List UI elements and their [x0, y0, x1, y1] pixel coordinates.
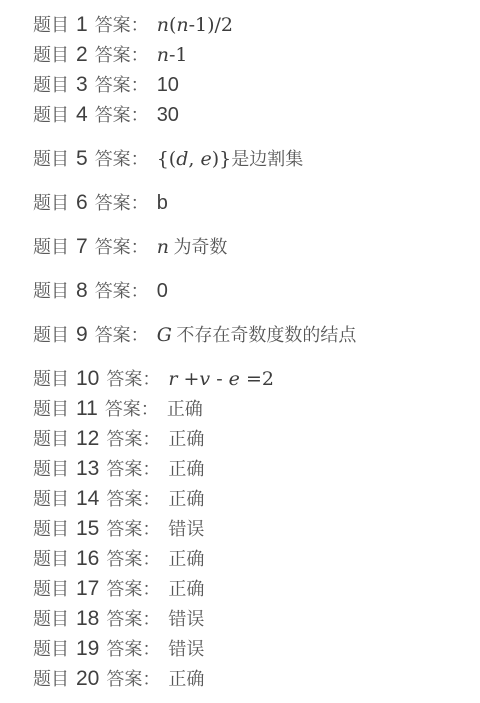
answer-value: 正确 [168, 549, 204, 569]
answer-segment-mvar: G [157, 324, 172, 346]
answer-row: 题目1答案：n(n-1)/2 [33, 10, 460, 40]
question-number: 13 [76, 457, 99, 480]
answer-row: 题目20答案：正确 [33, 664, 460, 694]
answer-segment-mop: + [177, 368, 199, 390]
answer-segment-cn: 为奇数 [169, 237, 228, 257]
answer-segment-mop: -1 [169, 44, 188, 66]
question-number: 11 [76, 397, 98, 420]
answer-value: 30 [157, 105, 179, 125]
answer-segment-mvar: n [157, 236, 169, 258]
answer-label: 答案： [105, 399, 159, 419]
answer-value: {(d, e)}是边割集 [157, 149, 304, 169]
answer-value: 错误 [168, 519, 204, 539]
question-label-prefix: 题目 [33, 149, 69, 169]
question-label-prefix: 题目 [33, 609, 69, 629]
question-number: 14 [76, 487, 99, 510]
answer-row: 题目14答案：正确 [33, 484, 460, 514]
answer-sheet: 题目1答案：n(n-1)/2 题目2答案：n-1 题目3答案：10 题目4答案：… [0, 0, 480, 694]
question-label-prefix: 题目 [33, 489, 69, 509]
answer-segment-mop: -1)/2 [189, 14, 233, 36]
answer-segment-mvar: n [157, 44, 169, 66]
answer-label: 答案： [106, 549, 160, 569]
answer-label: 答案： [106, 609, 160, 629]
question-number: 12 [76, 427, 99, 450]
answer-row: 题目17答案：正确 [33, 574, 460, 604]
answer-segment-cn: 不存在奇数度数的结点 [172, 325, 357, 345]
answer-label: 答案： [95, 149, 149, 169]
answer-value: 错误 [168, 639, 204, 659]
answer-value: n-1 [157, 45, 188, 65]
question-label-prefix: 题目 [33, 15, 69, 35]
answer-row: 题目6答案：b [33, 188, 460, 218]
answer-segment-mvar: n [176, 14, 188, 36]
answer-segment-mop: {( [157, 148, 177, 170]
question-label-prefix: 题目 [33, 193, 69, 213]
question-label-prefix: 题目 [33, 579, 69, 599]
answer-segment-cn: 正确 [168, 549, 204, 569]
answer-label: 答案： [106, 459, 160, 479]
answer-segment-cn: 错误 [168, 639, 204, 659]
question-number: 17 [76, 577, 99, 600]
question-number: 8 [76, 279, 88, 302]
answer-segment-mop: - [210, 368, 229, 390]
question-number: 9 [76, 323, 88, 346]
answer-row: 题目10答案：r +v - e =2 [33, 364, 460, 394]
answer-label: 答案： [95, 237, 149, 257]
answer-segment-mvar: d [176, 148, 188, 170]
question-number: 2 [76, 43, 88, 66]
question-label-prefix: 题目 [33, 669, 69, 689]
answer-label: 答案： [95, 15, 149, 35]
question-label-prefix: 题目 [33, 459, 69, 479]
answer-value: r +v - e =2 [168, 369, 274, 389]
answer-segment-anum: 30 [157, 104, 179, 126]
answer-label: 答案： [106, 489, 160, 509]
answer-label: 答案： [106, 369, 160, 389]
question-label-prefix: 题目 [33, 429, 69, 449]
answer-list: 题目1答案：n(n-1)/2 题目2答案：n-1 题目3答案：10 题目4答案：… [33, 10, 460, 694]
answer-value: 错误 [168, 609, 204, 629]
question-number: 1 [76, 13, 88, 36]
answer-row: 题目16答案：正确 [33, 544, 460, 574]
answer-label: 答案： [106, 639, 160, 659]
question-label-prefix: 题目 [33, 325, 69, 345]
question-number: 20 [76, 667, 99, 690]
question-label-prefix: 题目 [33, 45, 69, 65]
question-label-prefix: 题目 [33, 549, 69, 569]
question-label-prefix: 题目 [33, 75, 69, 95]
answer-segment-mop: =2 [240, 368, 274, 390]
answer-value: 10 [157, 75, 179, 95]
answer-row: 题目7答案：n 为奇数 [33, 232, 460, 262]
question-number: 15 [76, 517, 99, 540]
answer-row: 题目18答案：错误 [33, 604, 460, 634]
answer-value: 正确 [168, 579, 204, 599]
answer-label: 答案： [95, 281, 149, 301]
question-number: 16 [76, 547, 99, 570]
question-number: 18 [76, 607, 99, 630]
question-label-prefix: 题目 [33, 399, 69, 419]
answer-value: 正确 [168, 429, 204, 449]
question-number: 10 [76, 367, 99, 390]
answer-segment-cn: 错误 [168, 519, 204, 539]
answer-segment-cn: 正确 [168, 459, 204, 479]
answer-segment-mop: )} [212, 148, 232, 170]
answer-row: 题目4答案：30 [33, 100, 460, 130]
answer-segment-cn: 正确 [167, 399, 203, 419]
answer-label: 答案： [106, 429, 160, 449]
answer-segment-mop: , [188, 148, 200, 170]
question-label-prefix: 题目 [33, 105, 69, 125]
question-number: 6 [76, 191, 88, 214]
answer-label: 答案： [95, 45, 149, 65]
answer-segment-cn: 错误 [168, 609, 204, 629]
question-label-prefix: 题目 [33, 519, 69, 539]
question-label-prefix: 题目 [33, 369, 69, 389]
answer-segment-cn: 正确 [168, 489, 204, 509]
answer-row: 题目13答案：正确 [33, 454, 460, 484]
question-number: 19 [76, 637, 99, 660]
answer-value: 正确 [168, 669, 204, 689]
answer-segment-cn: 正确 [168, 579, 204, 599]
answer-segment-mvar: e [200, 148, 211, 170]
answer-segment-anum: 0 [157, 280, 168, 302]
answer-label: 答案： [106, 669, 160, 689]
question-number: 5 [76, 147, 88, 170]
question-number: 4 [76, 103, 88, 126]
answer-value: b [157, 193, 168, 213]
question-label-prefix: 题目 [33, 639, 69, 659]
question-number: 7 [76, 235, 88, 258]
answer-row: 题目8答案：0 [33, 276, 460, 306]
answer-segment-mvar: n [157, 14, 169, 36]
answer-value: n 为奇数 [157, 237, 228, 257]
answer-row: 题目2答案：n-1 [33, 40, 460, 70]
answer-row: 题目12答案：正确 [33, 424, 460, 454]
answer-segment-anum: b [157, 192, 168, 214]
answer-segment-cn: 正确 [168, 669, 204, 689]
question-label-prefix: 题目 [33, 281, 69, 301]
answer-label: 答案： [95, 75, 149, 95]
question-number: 3 [76, 73, 88, 96]
answer-segment-mvar: e [229, 368, 240, 390]
answer-label: 答案： [95, 325, 149, 345]
question-label-prefix: 题目 [33, 237, 69, 257]
answer-row: 题目19答案：错误 [33, 634, 460, 664]
answer-value: 正确 [167, 399, 203, 419]
answer-value: 正确 [168, 459, 204, 479]
answer-label: 答案： [95, 193, 149, 213]
answer-segment-mvar: v [199, 368, 210, 390]
answer-value: n(n-1)/2 [157, 15, 233, 35]
answer-row: 题目11答案：正确 [33, 394, 460, 424]
answer-value: G 不存在奇数度数的结点 [157, 325, 357, 345]
answer-row: 题目3答案：10 [33, 70, 460, 100]
answer-segment-cn: 是边割集 [231, 149, 303, 169]
answer-segment-anum: 10 [157, 74, 179, 96]
answer-label: 答案： [106, 579, 160, 599]
answer-value: 正确 [168, 489, 204, 509]
answer-row: 题目5答案：{(d, e)}是边割集 [33, 144, 460, 174]
answer-label: 答案： [106, 519, 160, 539]
answer-row: 题目9答案：G 不存在奇数度数的结点 [33, 320, 460, 350]
answer-label: 答案： [95, 105, 149, 125]
answer-segment-cn: 正确 [168, 429, 204, 449]
answer-row: 题目15答案：错误 [33, 514, 460, 544]
answer-value: 0 [157, 281, 168, 301]
